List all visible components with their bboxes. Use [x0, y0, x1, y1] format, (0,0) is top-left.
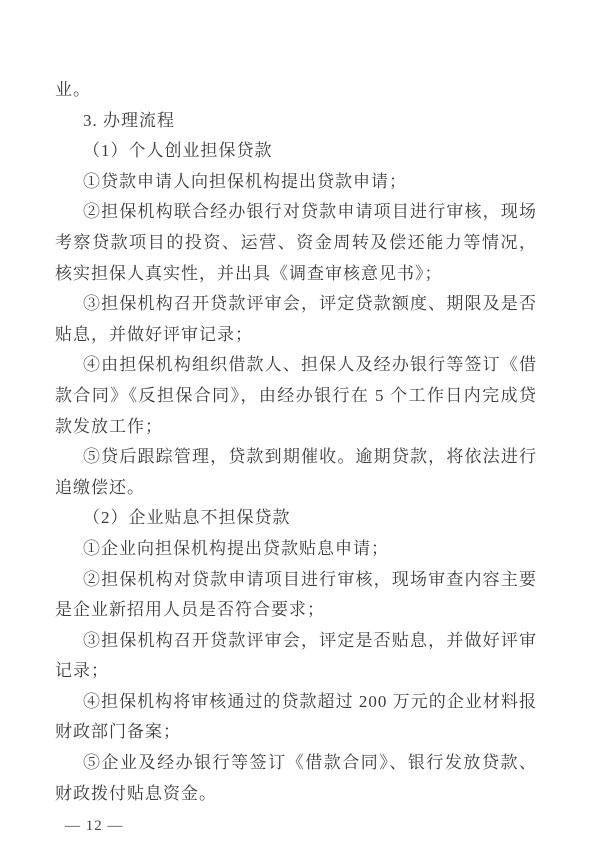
list-item-step-1: ①贷款申请人向担保机构提出贷款申请； [55, 167, 537, 198]
list-item-step-2: ②担保机构联合经办银行对贷款申请项目进行审核，现场考察贷款项目的投资、运营、资金… [55, 197, 537, 289]
document-body: 业。 3. 办理流程 （1）个人创业担保贷款 ①贷款申请人向担保机构提出贷款申请… [55, 75, 537, 809]
list-item-step-3b: ③担保机构召开贷款评审会，评定是否贴息，并做好评审记录； [55, 626, 537, 687]
list-item-step-4: ④由担保机构组织借款人、担保人及经办银行等签订《借款合同》《反担保合同》，由经办… [55, 350, 537, 442]
list-item-step-3: ③担保机构召开贷款评审会，评定贷款额度、期限及是否贴息，并做好评审记录； [55, 289, 537, 350]
list-item-step-1b: ①企业向担保机构提出贷款贴息申请； [55, 534, 537, 565]
subsection-heading-enterprise-loan: （2）企业贴息不担保贷款 [55, 503, 537, 534]
section-heading-process: 3. 办理流程 [55, 106, 537, 137]
subsection-heading-personal-loan: （1）个人创业担保贷款 [55, 136, 537, 167]
document-page: 业。 3. 办理流程 （1）个人创业担保贷款 ①贷款申请人向担保机构提出贷款申请… [0, 0, 589, 858]
list-item-step-5b: ⑤企业及经办银行等签订《借款合同》、银行发放贷款、财政拨付贴息资金。 [55, 748, 537, 809]
paragraph-continuation: 业。 [55, 75, 537, 106]
list-item-step-4b: ④担保机构将审核通过的贷款超过 200 万元的企业材料报财政部门备案； [55, 687, 537, 748]
page-number: — 12 — [65, 813, 537, 839]
list-item-step-2b: ②担保机构对贷款申请项目进行审核，现场审查内容主要是企业新招用人员是否符合要求； [55, 565, 537, 626]
list-item-step-5: ⑤贷后跟踪管理，贷款到期催收。逾期贷款，将依法进行追缴偿还。 [55, 442, 537, 503]
